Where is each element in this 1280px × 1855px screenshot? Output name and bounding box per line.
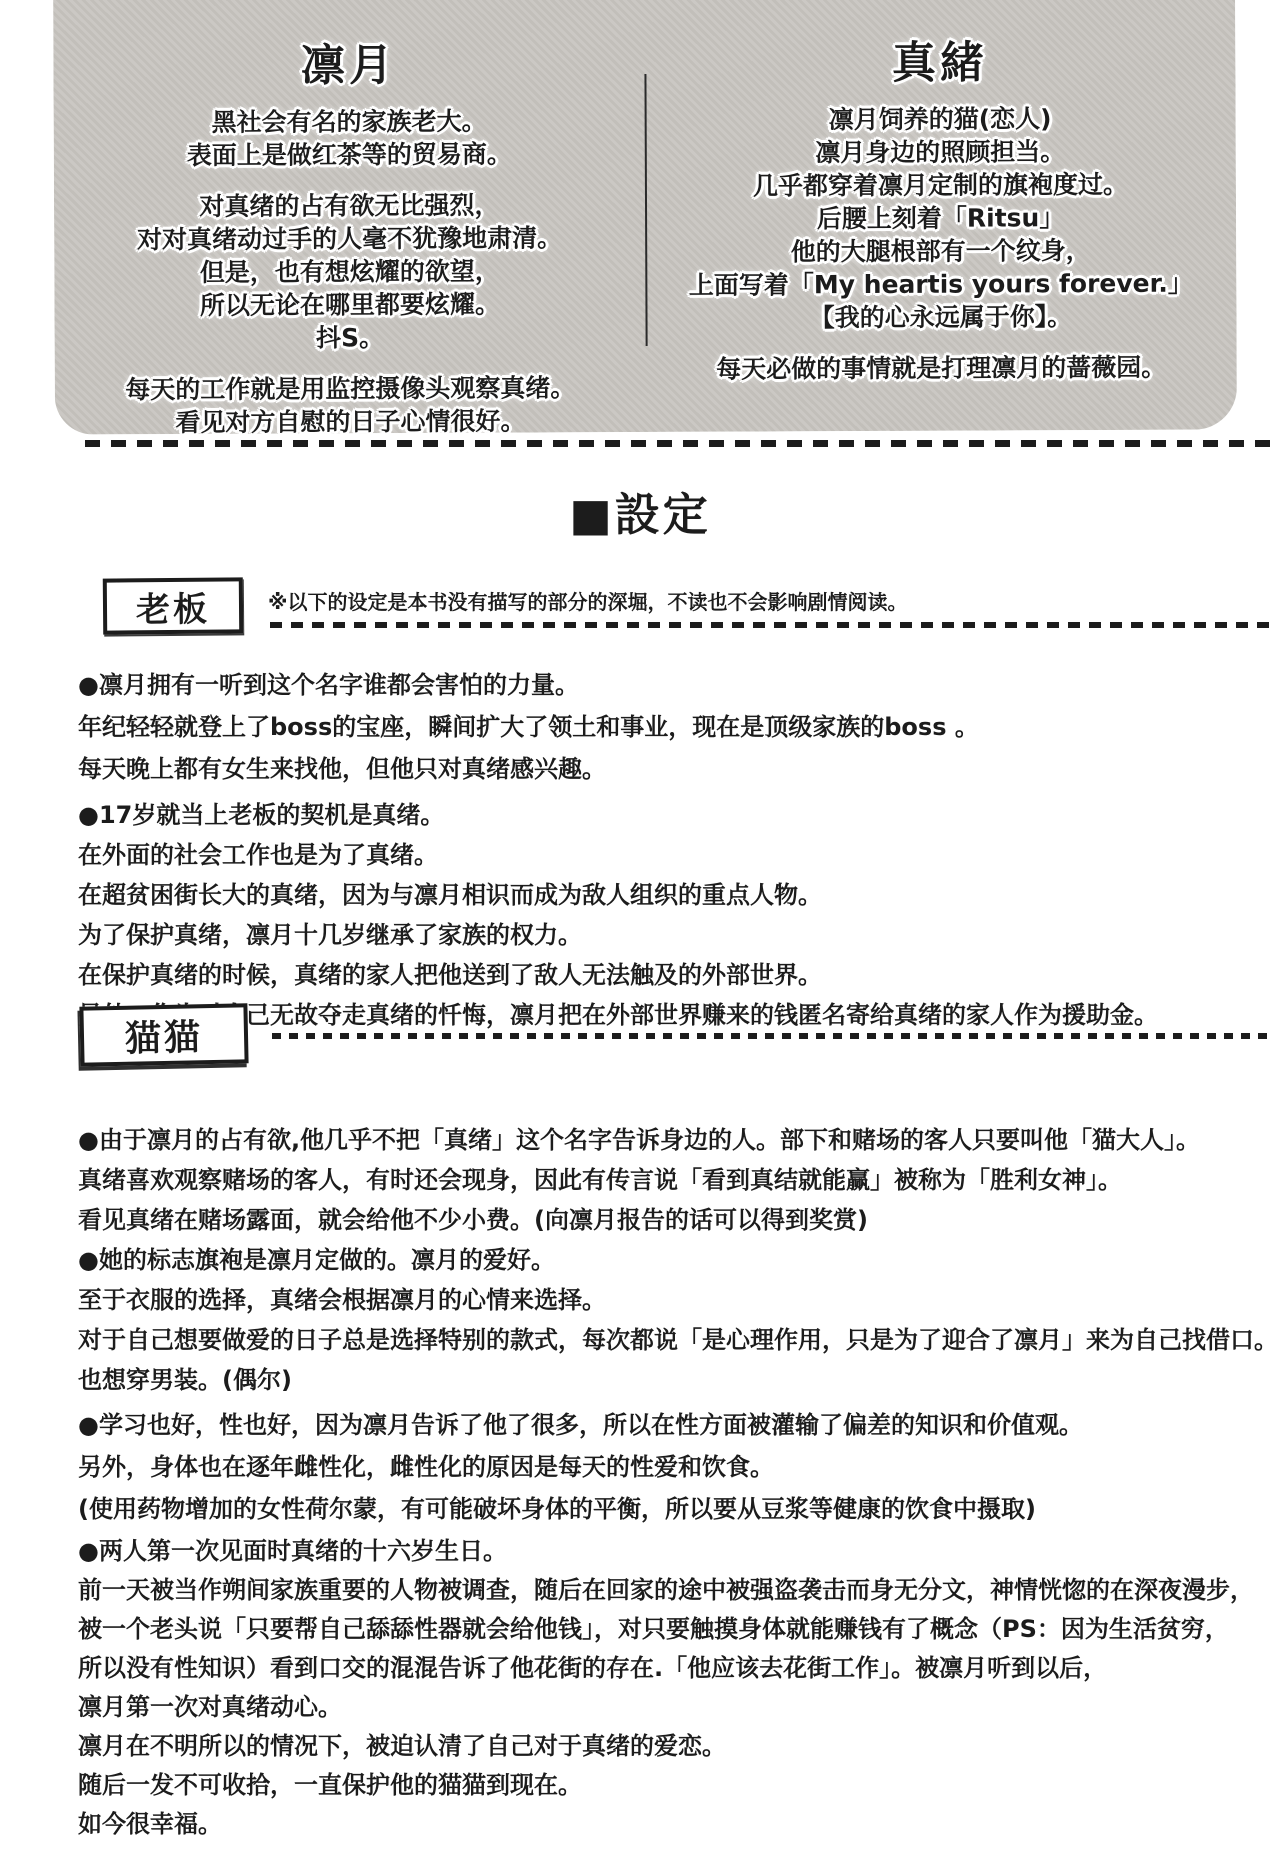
boss-paragraph-2: ●17岁就当上老板的契机是真绪。在外面的社会工作也是为了真绪。在超贫困街长大的真… [78,795,1242,1035]
text-line: 看见真绪在赌场露面，就会给他不少小费。(向凛月报告的话可以得到奖赏) [78,1200,1242,1240]
bio-paragraph: 每天的工作就是用监控摄像头观察真绪。看见对方自慰的日子心情很好。 [55,371,646,440]
cat-paragraph-2: ●她的标志旗袍是凛月定做的。凛月的爱好。至于衣服的选择，真绪会根据凛月的心情来选… [78,1240,1242,1400]
character-name-left: 凛月 [301,29,397,93]
text-line: ●17岁就当上老板的契机是真绪。 [78,795,1242,835]
text-line: 年纪轻轻就登上了boss的宝座，瞬间扩大了领土和事业，现在是顶级家族的boss … [78,706,1242,748]
text-line: 如今很幸福。 [78,1805,1242,1844]
character-name-right: 真緒 [892,27,988,91]
text-line: 后腰上刻着「Ritsu」 [645,200,1236,236]
text-line: 表面上是做红茶等的贸易商。 [54,137,645,173]
character-column-rinne: 凛月 黑社会有名的家族老大。表面上是做红茶等的贸易商。对真绪的占有欲无比强烈，对… [53,0,646,458]
text-line: 在外面的社会工作也是为了真绪。 [78,835,1242,875]
text-line: 真绪喜欢观察赌场的客人，有时还会现身，因此有传言说「看到真结就能赢」被称为「胜利… [78,1160,1242,1200]
text-line: 每天晚上都有女生来找他，但他只对真绪感兴趣。 [78,748,1242,790]
disclaimer-note: ※以下的设定是本书没有描写的部分的深堀，不读也不会影响剧情阅读。 [268,586,907,615]
bio-paragraph: 每天必做的事情就是打理凛月的蔷薇园。 [646,350,1237,386]
settings-page: 凛月 黑社会有名的家族老大。表面上是做红茶等的贸易商。对真绪的占有欲无比强烈，对… [0,0,1280,1855]
boss-label: 老板 [136,581,210,631]
character-bio-right: 凛月饲养的猫(恋人)凛月身边的照顾担当。几乎都穿着凛月定制的旗袍度过。后腰上刻着… [645,101,1237,386]
dashed-divider-cat [272,1033,1267,1039]
cat-paragraph-4: ●两人第一次见面时真绪的十六岁生日。前一天被当作朔间家族重要的人物被调查，随后在… [78,1532,1242,1844]
text-line: 对真绪的占有欲无比强烈， [54,188,645,224]
cat-label-box: 猫猫 [79,1003,248,1067]
text-line: 被一个老头说「只要帮自己舔舔性器就会给他钱」，对只要触摸身体就能赚钱有了概念（P… [78,1610,1242,1649]
text-line: 在保护真绪的时候，真绪的家人把他送到了敌人无法触及的外部世界。 [78,955,1242,995]
bio-paragraph: 对真绪的占有欲无比强烈，对对真绪动过手的人毫不犹豫地肃清。但是，也有想炫耀的欲望… [54,188,646,356]
text-line: ●她的标志旗袍是凛月定做的。凛月的爱好。 [78,1240,1242,1280]
text-line: 黑社会有名的家族老大。 [54,104,645,140]
text-line: 凛月饲养的猫(恋人) [645,101,1236,137]
boss-paragraph-1: ●凛月拥有一听到这个名字谁都会害怕的力量。年纪轻轻就登上了boss的宝座，瞬间扩… [78,664,1242,790]
cat-paragraph-3: ●学习也好，性也好，因为凛月告诉了他了很多，所以在性方面被灌输了偏差的知识和价值… [78,1404,1242,1530]
text-line: 在超贫困街长大的真绪，因为与凛月相识而成为敌人组织的重点人物。 [78,875,1242,915]
text-line: 至于衣服的选择，真绪会根据凛月的心情来选择。 [78,1280,1242,1320]
text-line: 所以没有性知识）看到口交的混混告诉了他花街的存在.「他应该去花街工作」。被凛月听… [78,1649,1242,1688]
text-line: 为了保护真绪，凛月十几岁继承了家族的权力。 [78,915,1242,955]
dashed-divider-top [85,440,1270,447]
text-line: 凛月身边的照顾担当。 [645,134,1236,170]
text-line: 前一天被当作朔间家族重要的人物被调查，随后在回家的途中被强盗袭击而身无分文，神情… [78,1571,1242,1610]
text-line: 对对真绪动过手的人毫不犹豫地肃清。 [54,221,645,257]
text-line: ●学习也好，性也好，因为凛月告诉了他了很多，所以在性方面被灌输了偏差的知识和价值… [78,1404,1242,1446]
text-line: ●两人第一次见面时真绪的十六岁生日。 [78,1532,1242,1571]
section-title: ■設定 [0,478,1280,543]
text-line: 另外，身体也在逐年雌性化，雌性化的原因是每天的性爱和饮食。 [78,1446,1242,1488]
text-line: ●由于凛月的占有欲,他几乎不把「真绪」这个名字告诉身边的人。部下和赌场的客人只要… [78,1120,1242,1160]
text-line: 每天必做的事情就是打理凛月的蔷薇园。 [646,350,1237,386]
text-line: 上面写着「My heartis yours forever.」 [645,266,1236,302]
text-line: 【我的心永远属于你】。 [645,299,1236,335]
dashed-divider-note [270,622,1270,628]
text-line: 但是，也有想炫耀的欲望， [54,254,645,290]
character-profile-panel: 凛月 黑社会有名的家族老大。表面上是做红茶等的贸易商。对真绪的占有欲无比强烈，对… [53,0,1237,435]
text-line: (使用药物增加的女性荷尔蒙，有可能破坏身体的平衡，所以要从豆浆等健康的饮食中摄取… [78,1488,1242,1530]
bio-paragraph: 黑社会有名的家族老大。表面上是做红茶等的贸易商。 [54,104,645,173]
character-column-mao: 真緒 凛月饲养的猫(恋人)凛月身边的照顾担当。几乎都穿着凛月定制的旗袍度过。后腰… [644,0,1237,404]
bio-paragraph: 凛月饲养的猫(恋人)凛月身边的照顾担当。几乎都穿着凛月定制的旗袍度过。后腰上刻着… [645,101,1237,335]
text-line: 几乎都穿着凛月定制的旗袍度过。 [645,167,1236,203]
text-line: 也想穿男装。(偶尔) [78,1360,1242,1400]
character-bio-left: 黑社会有名的家族老大。表面上是做红茶等的贸易商。对真绪的占有欲无比强烈，对对真绪… [54,104,646,440]
text-line: 凛月第一次对真绪动心。 [78,1688,1242,1727]
text-line: 另外，作为对自己无故夺走真绪的忏悔，凛月把在外部世界赚来的钱匿名寄给真绪的家人作… [78,995,1242,1035]
cat-label: 猫猫 [124,1009,203,1062]
text-line: 他的大腿根部有一个纹身， [645,233,1236,269]
cat-paragraph-1: ●由于凛月的占有欲,他几乎不把「真绪」这个名字告诉身边的人。部下和赌场的客人只要… [78,1120,1242,1240]
text-line: 随后一发不可收拾，一直保护他的猫猫到现在。 [78,1766,1242,1805]
text-line: 对于自己想要做爱的日子总是选择特别的款式，每次都说「是心理作用，只是为了迎合了凛… [78,1320,1242,1360]
text-line: 所以无论在哪里都要炫耀。 [54,287,645,323]
text-line: 看见对方自慰的日子心情很好。 [55,404,646,440]
text-line: 每天的工作就是用监控摄像头观察真绪。 [55,371,646,407]
text-line: 凛月在不明所以的情况下，被迫认清了自己对于真绪的爱恋。 [78,1727,1242,1766]
text-line: 抖S。 [55,320,646,356]
boss-label-box: 老板 [103,577,243,634]
text-line: ●凛月拥有一听到这个名字谁都会害怕的力量。 [78,664,1242,706]
